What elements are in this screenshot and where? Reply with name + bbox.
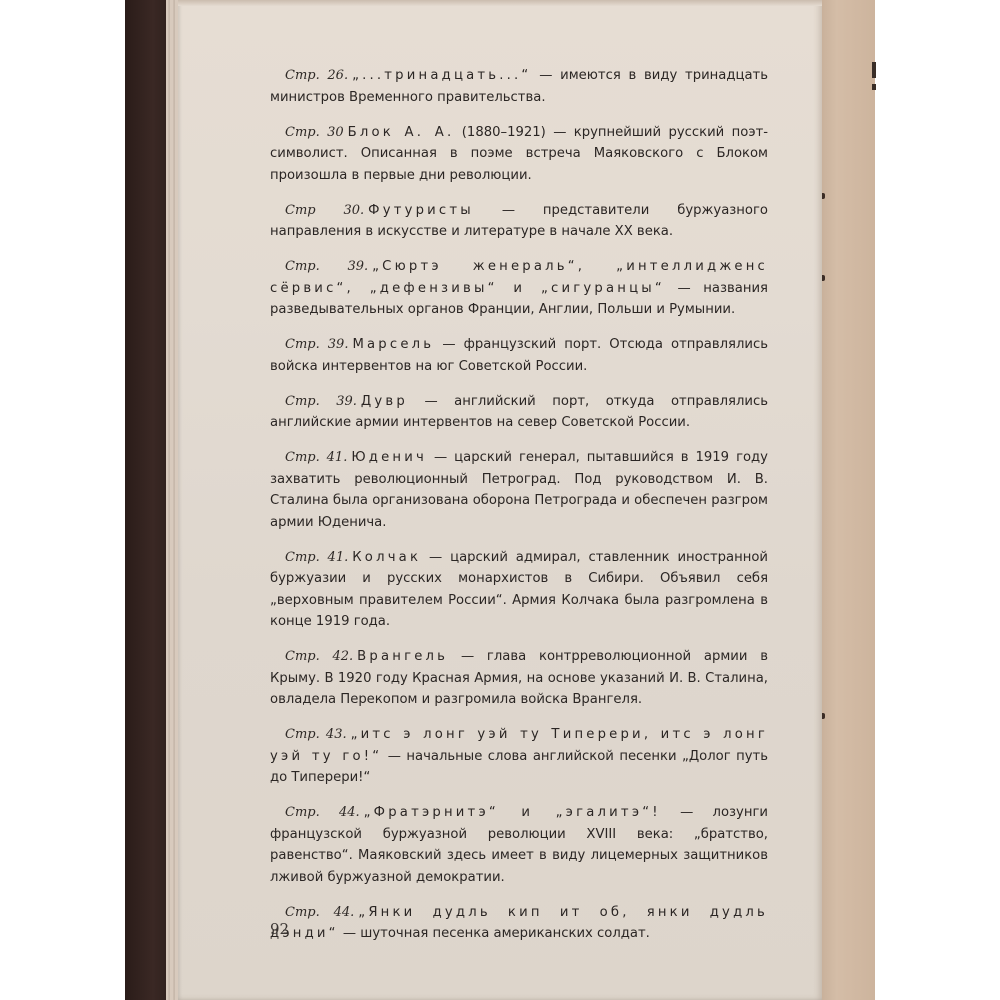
adjacent-text-fragment — [872, 84, 876, 90]
adjacent-page — [820, 0, 875, 1000]
page-reference: Стр. 43. — [285, 727, 347, 742]
adjacent-text-fragment — [872, 62, 876, 78]
annotation-entry: Стр 30.Футуристы — представители буржуаз… — [270, 200, 768, 243]
page-reference: Стр. 26. — [285, 68, 348, 83]
annotation-entry: Стр. 39.Дувр — английский порт, откуда о… — [270, 391, 768, 434]
page-top-edge — [178, 0, 822, 6]
annotation-entry: Стр. 39.„Сюртэ женераль“, „интеллидженс … — [270, 256, 768, 321]
annotated-term: Врангель — [357, 649, 448, 664]
page-reference: Стр. 30 — [285, 125, 344, 140]
page-reference: Стр. 39. — [285, 394, 357, 409]
annotation-entry: Стр. 30Блок А. А. (1880–1921) — крупнейш… — [270, 122, 768, 187]
page-reference: Стр. 44. — [285, 805, 360, 820]
annotation-entry: Стр. 39.Марсель — французский порт. Отсю… — [270, 334, 768, 377]
annotation-entry: Стр. 41.Юденич — царский генерал, пытавш… — [270, 447, 768, 533]
photo-scene: Стр. 26.„...тринадцать...“ — имеются в в… — [0, 0, 1000, 1000]
annotated-term: Блок А. А. — [348, 125, 455, 140]
annotation-entry: Стр. 43.„итс э лонг уэй ту Типерери, итс… — [270, 724, 768, 789]
page-number: 92 — [270, 920, 289, 938]
annotations-text: Стр. 26.„...тринадцать...“ — имеются в в… — [270, 65, 768, 958]
annotated-term: Футуристы — [368, 203, 474, 218]
annotated-term: Юденич — [351, 450, 427, 465]
annotation-entry: Стр. 44.„Янки дудль кип ит об, янки дудл… — [270, 902, 768, 945]
page-reference: Стр. 39. — [285, 337, 348, 352]
annotation-entry: Стр. 44.„Фратэрнитэ“ и „эгалитэ“! — лозу… — [270, 802, 768, 888]
page-reference: Стр. 41. — [285, 450, 347, 465]
page-reference: Стр. 42. — [285, 649, 353, 664]
annotation-entry: Стр. 26.„...тринадцать...“ — имеются в в… — [270, 65, 768, 108]
annotation-entry: Стр. 42.Врангель — глава контрреволюцион… — [270, 646, 768, 711]
annotated-term: „Фратэрнитэ“ и „эгалитэ“! — [364, 805, 661, 820]
page-reference: Стр. 41. — [285, 550, 348, 565]
annotation-entry: Стр. 41.Колчак — царский адмирал, ставле… — [270, 547, 768, 633]
page-reference: Стр. 39. — [285, 259, 368, 274]
annotated-term: Колчак — [352, 550, 421, 565]
page-reference: Стр. 44. — [285, 905, 354, 920]
annotation-text: (1880–1921) — крупнейший русский поэт-си… — [270, 125, 768, 183]
page-reference: Стр 30. — [285, 203, 364, 218]
annotated-term: „...тринадцать...“ — [352, 68, 531, 83]
annotation-text: — шуточная песенка американских солдат. — [343, 926, 650, 941]
annotated-term: Дувр — [361, 394, 408, 409]
annotated-term: Марсель — [352, 337, 434, 352]
